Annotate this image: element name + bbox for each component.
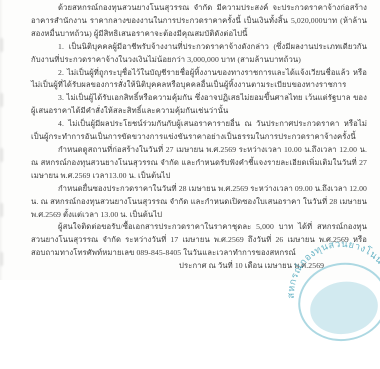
scan-edge-artifact: [0, 252, 3, 266]
issued-date-line: ประกาศ ณ วันที่ 10 เดือน เมษายน พ.ศ.2569: [31, 260, 367, 273]
paragraph-condition-1: 1. เป็นนิติบุคคลผู้มีอาชีพรับจ้างงานที่ป…: [31, 41, 367, 67]
paragraph-document-purchase: ผู้สนใจติดต่อขอรับ/ซื้อเอกสารประกวดราคาใ…: [31, 221, 367, 260]
document-body: ด้วยสหกรณ์กองทุนสวนยางโนนสุวรรณ จำกัด มี…: [31, 2, 367, 273]
paragraph-bid-submission: กำหนดยื่นซองประกวดราคาในวันที่ 28 เมษายน…: [31, 183, 367, 222]
scan-edge-artifact: [0, 93, 3, 107]
paragraph-site-visit: กำหนดดูสถานที่ก่อสร้างในวันที่ 27 เมษายน…: [31, 144, 367, 183]
paragraph-intro: ด้วยสหกรณ์กองทุนสวนยางโนนสุวรรณ จำกัด มี…: [31, 2, 367, 41]
paragraph-condition-3: 3. ไม่เป็นผู้ได้รับเอกสิทธิ์หรือความคุ้ม…: [31, 92, 367, 118]
scanned-document-page: ด้วยสหกรณ์กองทุนสวนยางโนนสุวรรณ จำกัด มี…: [0, 0, 380, 280]
scan-edge-artifact: [0, 148, 3, 162]
scan-edge-artifact: [0, 203, 3, 217]
scan-edge-artifact: [0, 38, 3, 52]
paragraph-condition-4: 4. ไม่เป็นผู้มีผลประโยชน์ร่วมกันกับผู้เส…: [31, 118, 367, 144]
paragraph-condition-2: 2. ไม่เป็นผู้ที่ถูกระบุชื่อไว้ในบัญชีราย…: [31, 67, 367, 93]
